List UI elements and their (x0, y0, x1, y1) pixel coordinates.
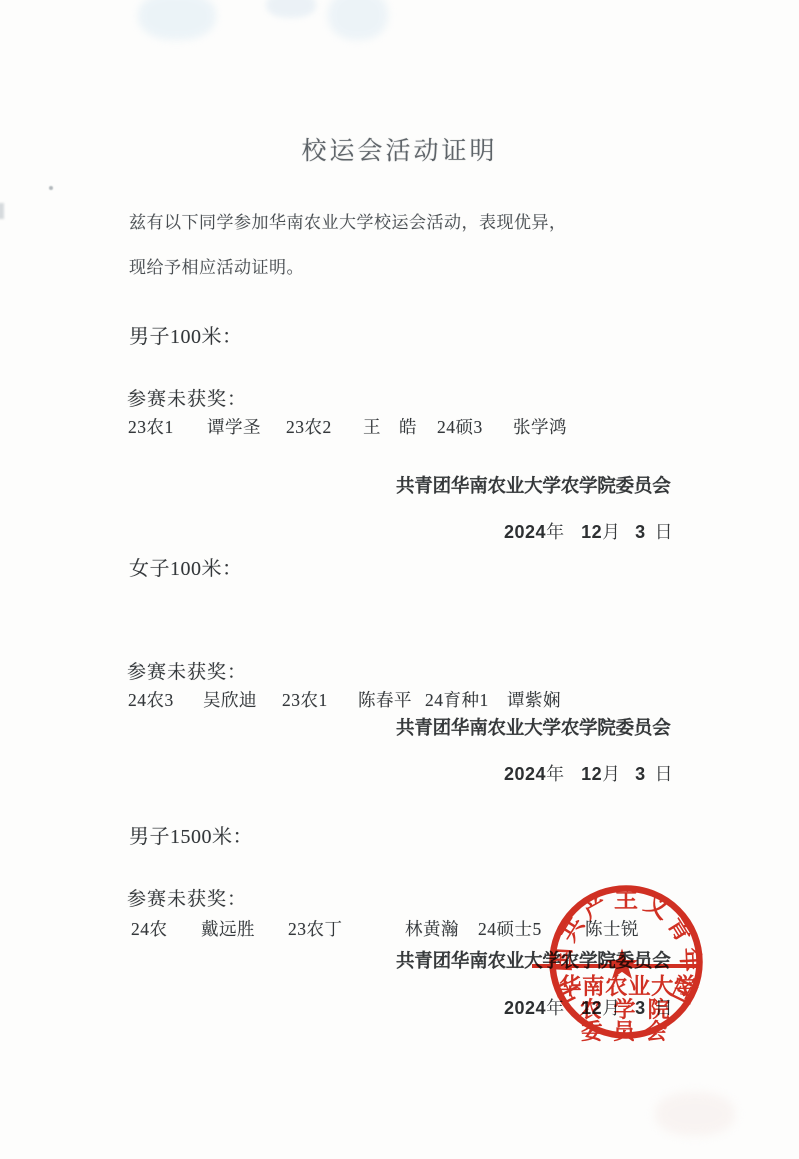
date-day-unit: 日 (655, 522, 673, 542)
participants-row: 23农1 谭学圣 23农2 王 皓 24硕3 张学鸿 (0, 414, 799, 440)
scan-speck (49, 186, 53, 190)
entry-name: 陈春平 (358, 687, 412, 712)
award-status-label: 参赛未获奖： (127, 384, 247, 411)
stamp-ring-char: 共 (554, 912, 590, 947)
page-title: 校运会活动证明 (0, 131, 799, 167)
entry-class: 24农3 (128, 687, 174, 712)
stamp-ring-char: 国 (549, 947, 577, 972)
date-month-unit: 月 (602, 764, 620, 784)
date-year-unit: 年 (546, 764, 564, 784)
scan-smudge (138, 0, 216, 40)
date-day-unit: 日 (655, 764, 673, 784)
signature-date: 2024年12月3日 (484, 497, 673, 565)
signature-date: 2024年12月3日 (484, 739, 673, 807)
intro-line-1: 兹有以下同学参加华南农业大学校运会活动，表现优异， (129, 208, 567, 233)
entry-class: 24育种1 (425, 687, 489, 712)
certificate-page: 校运会活动证明 兹有以下同学参加华南农业大学校运会活动，表现优异， 现给予相应活… (0, 0, 799, 1159)
entry-class: 23农1 (282, 687, 328, 712)
date-month-unit: 月 (602, 522, 620, 542)
entry-name: 林黄瀚 (405, 916, 459, 941)
entry-class: 23农1 (128, 414, 174, 439)
date-year: 2024 (504, 522, 546, 542)
intro-line-2: 现给予相应活动证明。 (129, 253, 304, 278)
stamp-ring-char: 义 (640, 890, 674, 925)
entry-class: 23农丁 (288, 916, 343, 941)
stamp-line: 委 员 会 (581, 1019, 669, 1044)
event-title-mens-100m: 男子100米： (129, 320, 243, 349)
date-month: 12 (581, 522, 602, 542)
entry-name: 王 皓 (363, 414, 417, 439)
stamp-ring-char: 产 (578, 889, 613, 925)
event-title-mens-1500m: 男子1500米： (129, 820, 253, 849)
award-status-label: 参赛未获奖： (127, 657, 247, 684)
entry-name: 谭学圣 (207, 414, 261, 439)
date-day: 3 (635, 764, 646, 784)
entry-name: 吴欣迪 (203, 687, 257, 712)
scan-edge-mark (0, 203, 4, 219)
event-title-womens-100m: 女子100米： (129, 552, 243, 581)
date-month: 12 (581, 764, 602, 784)
signature-org: 共青团华南农业大学农学院委员会 (396, 472, 686, 498)
entry-name: 戴远胜 (201, 916, 255, 941)
scan-smudge (266, 0, 316, 18)
entry-name: 谭紫娴 (507, 687, 561, 712)
entry-class: 23农2 (286, 414, 332, 439)
date-year: 2024 (504, 764, 546, 784)
scan-smudge (328, 0, 388, 40)
participants-row: 24农3 吴欣迪 23农1 陈春平 24育种1 谭紫娴 (0, 687, 799, 713)
date-year-unit: 年 (546, 522, 564, 542)
award-status-label: 参赛未获奖： (127, 884, 247, 911)
date-day: 3 (635, 522, 646, 542)
scan-smudge (655, 1092, 735, 1136)
entry-name: 张学鸿 (513, 414, 567, 439)
signature-org: 共青团华南农业大学农学院委员会 (396, 714, 686, 740)
entry-class: 24硕3 (437, 414, 483, 439)
stamp-ring-char: 青 (662, 912, 698, 947)
official-stamp: 中国共产主义青年团 华南农业大学 农 学 院 委 员 会 (520, 862, 720, 1054)
stamp-ring-char: 年 (675, 947, 704, 972)
entry-class: 24农 (131, 916, 168, 941)
stamp-line: 华南农业大学 (559, 973, 697, 999)
stamp-ring-char: 主 (614, 886, 638, 913)
